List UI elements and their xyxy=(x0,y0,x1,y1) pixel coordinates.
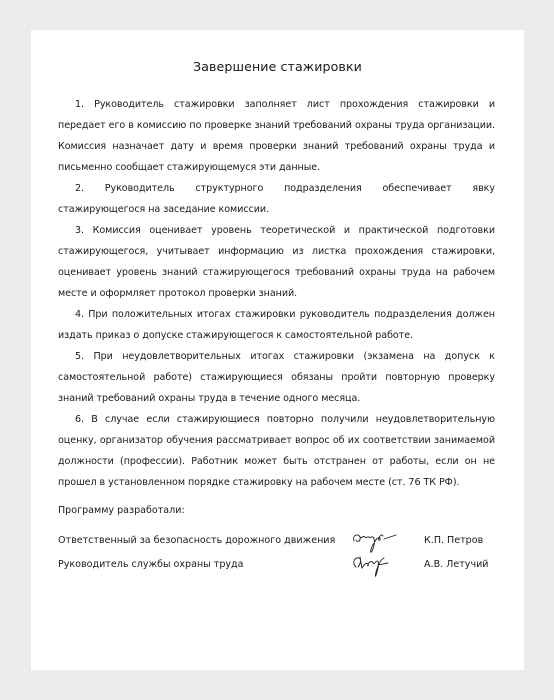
paragraph-2: 2. Руководитель структурного подразделен… xyxy=(58,178,495,220)
signature-icon xyxy=(348,549,408,583)
signer-name: А.В. Летучий xyxy=(424,559,489,570)
paragraph-4: 4. При положительных итогах стажировки р… xyxy=(58,304,495,346)
document-title: Завершение стажировки xyxy=(31,59,524,74)
paragraph-5: 5. При неудовлетворительных итогах стажи… xyxy=(58,346,495,409)
signatures-heading: Программу разработали: xyxy=(58,505,185,516)
signer-role: Ответственный за безопасность дорожного … xyxy=(58,535,335,546)
signer-name: К.П. Петров xyxy=(424,535,483,546)
paragraph-6: 6. В случае если стажирующиеся повторно … xyxy=(58,409,495,493)
signature-row: Руководитель службы охраны труда А.В. Ле… xyxy=(58,553,495,577)
signer-role: Руководитель службы охраны труда xyxy=(58,559,243,570)
paragraph-3: 3. Комиссия оценивает уровень теоретичес… xyxy=(58,220,495,304)
document-body: 1. Руководитель стажировки заполняет лис… xyxy=(58,94,495,493)
signature-row: Ответственный за безопасность дорожного … xyxy=(58,529,495,553)
paragraph-1: 1. Руководитель стажировки заполняет лис… xyxy=(58,94,495,178)
document-page: Завершение стажировки 1. Руководитель ст… xyxy=(31,30,524,670)
